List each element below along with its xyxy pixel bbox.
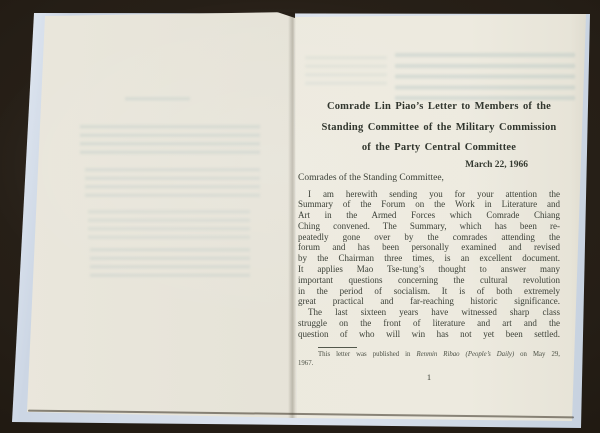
footnote-text: This letter was published in xyxy=(318,351,417,358)
text-line: great practical and far-reaching histori… xyxy=(298,296,560,307)
footnote-rule xyxy=(318,347,357,348)
text-line: It applies Mao Tse-tung’s thought to ans… xyxy=(298,264,560,275)
text-line: question of who will win has not yet bee… xyxy=(298,329,560,340)
letter-paragraph-1: I am herewith sending you for your atten… xyxy=(298,189,560,308)
text-line: important questions concerning the cultu… xyxy=(298,275,560,286)
text-line: The last sixteen years have witnessed sh… xyxy=(298,307,560,318)
text-line: Summary of the Forum on the Work in Lite… xyxy=(298,199,560,210)
letter-content: Comrade Lin Piao’s Letter to Members of … xyxy=(298,97,560,382)
text-line: Comrade Lin Piao’s Letter to Members of … xyxy=(318,97,560,118)
letter-title: Comrade Lin Piao’s Letter to Members of … xyxy=(298,97,560,159)
letter-salutation: Comrades of the Standing Committee, xyxy=(298,173,560,184)
footnote-source: Renmin Ribao (People’s Daily) xyxy=(417,351,515,358)
text-line: Standing Committee of the Military Commi… xyxy=(318,118,560,139)
text-line: in the period of socialism. It is of bot… xyxy=(298,286,560,297)
footnote-line: 1967. xyxy=(298,359,560,369)
letter-paragraph-2: The last sixteen years have witnessed sh… xyxy=(298,307,560,339)
footnote-text: on May 29, xyxy=(514,351,560,358)
text-line: of the Party Central Committee xyxy=(318,138,560,159)
letter-footnote: This letter was published in Renmin Riba… xyxy=(298,350,560,369)
letter-date: March 22, 1966 xyxy=(298,160,560,171)
book-photo: Comrade Lin Piao’s Letter to Members of … xyxy=(0,0,600,433)
text-line: struggle on the front of literature and … xyxy=(298,318,560,329)
text-line: Ching convened. The Summary, which has b… xyxy=(298,221,560,232)
text-line: by the Chairman three times, is an excel… xyxy=(298,253,560,264)
footnote-line: This letter was published in Renmin Riba… xyxy=(298,350,560,360)
text-line: I am herewith sending you for your atten… xyxy=(298,189,560,200)
page-number: 1 xyxy=(298,372,560,382)
book-gutter xyxy=(288,12,296,418)
text-line: peatedly gone over by the comrades atten… xyxy=(298,232,560,243)
text-line: forum and has been personally examined a… xyxy=(298,242,560,253)
text-line: Art in the Armed Forces which Comrade Ch… xyxy=(298,210,560,221)
